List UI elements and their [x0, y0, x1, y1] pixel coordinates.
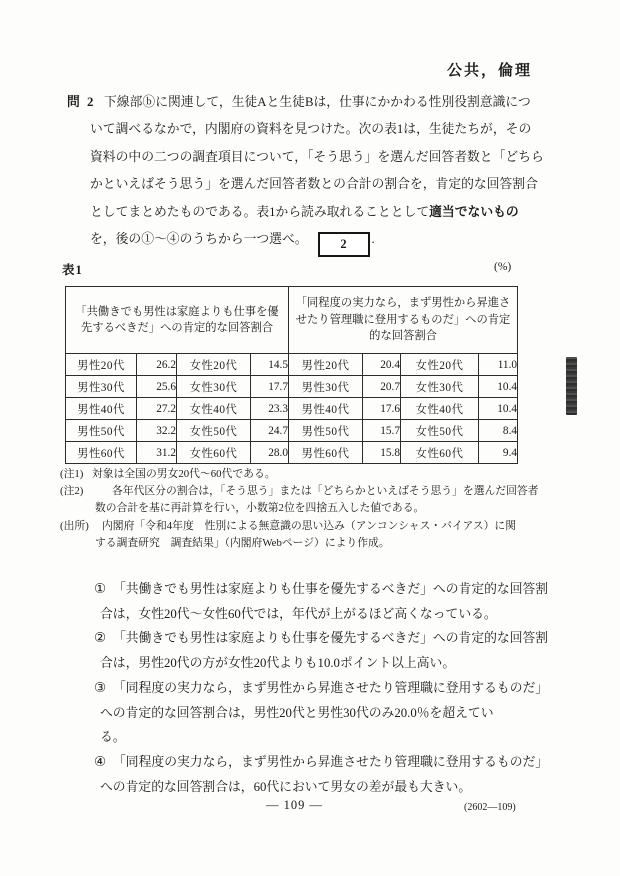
table-label: 表1 — [62, 260, 83, 278]
category-cell: 男性50代 — [289, 420, 363, 442]
option-line: 合は，女性20代～女性60代では，年代が上がるほど高くなっている。 — [100, 602, 550, 627]
value-cell: 11.0 — [479, 354, 518, 376]
category-cell: 女性60代 — [401, 442, 479, 464]
question-number-label: 問 2 — [67, 89, 95, 116]
category-cell: 女性30代 — [177, 376, 251, 398]
exam-page: 公共，倫理 問 2 下線部ⓑに関連して，生徒Aと生徒Bは，仕事にかかわる性別役割… — [0, 0, 620, 876]
option-number: ④ — [94, 750, 106, 775]
page-title: 公共，倫理 — [447, 59, 532, 80]
note-label: (注1) — [60, 466, 83, 483]
value-cell: 8.4 — [479, 420, 518, 442]
option-line: 「同程度の実力なら，まず男性から昇進させたり管理職に登用するものだ」 — [100, 750, 550, 775]
question-last-line: を，後の①～④のうちから一つ選べ。2. — [90, 226, 550, 257]
value-cell: 23.3 — [251, 398, 289, 420]
question-text-line: かといえばそう思う」を選んだ回答者数との合計の割合を，肯定的な回答割合 — [90, 171, 550, 198]
table-row: 男性40代 27.2 女性40代 23.3 男性40代 17.6 女性40代 1… — [66, 398, 518, 420]
value-cell: 17.7 — [251, 376, 289, 398]
emphasis-text: 適当でないもの — [429, 205, 519, 219]
source-line-text: する調査研究 調査結果」（内閣府Webページ）により作成。 — [95, 537, 390, 549]
option-number: ② — [94, 626, 106, 651]
option-item-2: ② 「共働きでも男性は家庭よりも仕事を優先するべきだ」への肯定的な回答割 合は，… — [100, 626, 550, 675]
value-cell: 31.2 — [137, 442, 177, 464]
option-item-3: ③ 「同程度の実力なら，まず男性から昇進させたり管理職に登用するものだ」 への肯… — [100, 676, 550, 750]
value-cell: 24.7 — [251, 420, 289, 442]
value-cell: 20.4 — [363, 354, 401, 376]
source-label: (出所) — [60, 518, 89, 535]
source-continuation: する調査研究 調査結果」（内閣府Webページ）により作成。 — [60, 535, 560, 552]
note-row: (注1)対象は全国の男女20代～60代である。 — [60, 466, 560, 483]
question-text-line: 資料の中の二つの調査項目について，「そう思う」を選んだ回答者数と「どちら — [90, 144, 550, 171]
category-cell: 男性20代 — [289, 354, 363, 376]
value-cell: 14.5 — [251, 354, 289, 376]
value-cell: 15.7 — [363, 420, 401, 442]
table-row: 男性30代 25.6 女性30代 17.7 男性30代 20.7 女性30代 1… — [66, 376, 518, 398]
option-line: への肯定的な回答割合は，60代において男女の差が最も大きい。 — [100, 775, 550, 800]
category-cell: 男性60代 — [66, 442, 137, 464]
value-cell: 10.4 — [479, 376, 518, 398]
question-text-segment: としてまとめたものである。表1から読み取れることとして — [90, 205, 429, 219]
value-cell: 27.2 — [137, 398, 177, 420]
option-line: 「共働きでも男性は家庭よりも仕事を優先するべきだ」への肯定的な回答割 — [100, 577, 550, 602]
value-cell: 10.4 — [479, 398, 518, 420]
category-cell: 男性20代 — [66, 354, 137, 376]
category-cell: 男性60代 — [289, 442, 363, 464]
notes-block: (注1)対象は全国の男女20代～60代である。 (注2)各年代区分の割合は，「そ… — [60, 466, 560, 552]
option-line: 「共働きでも男性は家庭よりも仕事を優先するべきだ」への肯定的な回答割 — [100, 626, 550, 651]
question-text-segment: を，後の①～④のうちから一つ選べ。 — [90, 232, 308, 246]
category-cell: 女性50代 — [401, 420, 479, 442]
category-cell: 男性50代 — [66, 420, 137, 442]
answer-number-box: 2 — [318, 232, 370, 257]
category-cell: 女性60代 — [177, 442, 251, 464]
value-cell: 9.4 — [479, 442, 518, 464]
answer-box-suffix: . — [372, 232, 375, 246]
option-number: ① — [94, 577, 106, 602]
answer-options-block: ① 「共働きでも男性は家庭よりも仕事を優先するべきだ」への肯定的な回答割 合は，… — [100, 577, 550, 799]
table-header-row: 「共働きでも男性は家庭よりも仕事を優先するべきだ」への肯定的な回答割合 「同程度… — [66, 287, 518, 354]
table-header-right: 「同程度の実力なら，まず男性から昇進させたり管理職に登用するものだ」への肯定的な… — [289, 287, 518, 354]
table-row: 男性50代 32.2 女性50代 24.7 男性50代 15.7 女性50代 8… — [66, 420, 518, 442]
category-cell: 女性50代 — [177, 420, 251, 442]
edge-mark — [566, 357, 577, 415]
option-item-1: ① 「共働きでも男性は家庭よりも仕事を優先するべきだ」への肯定的な回答割 合は，… — [100, 577, 550, 626]
note-continuation: 数の合計を基に再計算を行い，小数第2位を四捨五入した値である。 — [60, 500, 560, 517]
option-item-4: ④ 「同程度の実力なら，まず男性から昇進させたり管理職に登用するものだ」 への肯… — [100, 750, 550, 799]
option-line: る。 — [100, 725, 550, 750]
table-row: 男性60代 31.2 女性60代 28.0 男性60代 15.8 女性60代 9… — [66, 442, 518, 464]
option-line: 合は，男性20代の方が女性20代よりも10.0ポイント以上高い。 — [100, 651, 550, 676]
category-cell: 女性40代 — [401, 398, 479, 420]
category-cell: 女性30代 — [401, 376, 479, 398]
value-cell: 28.0 — [251, 442, 289, 464]
source-line-text: 内閣府「令和4年度 性別による無意識の思い込み（アンコンシャス・バイアス）に関 — [102, 520, 516, 532]
table-header-left: 「共働きでも男性は家庭よりも仕事を優先するべきだ」への肯定的な回答割合 — [66, 287, 289, 354]
note-row: (注2)各年代区分の割合は，「そう思う」または「どちらかといえばそう思う」を選ん… — [60, 483, 560, 500]
value-cell: 20.7 — [363, 376, 401, 398]
percent-unit-label: (%) — [494, 261, 511, 273]
value-cell: 26.2 — [137, 354, 177, 376]
option-line: 「同程度の実力なら，まず男性から昇進させたり管理職に登用するものだ」 — [100, 676, 550, 701]
option-line: への肯定的な回答割合は，男性20代と男性30代のみ20.0％を超えてい — [100, 701, 550, 726]
table-row: 男性20代 26.2 女性20代 14.5 男性20代 20.4 女性20代 1… — [66, 354, 518, 376]
value-cell: 25.6 — [137, 376, 177, 398]
category-cell: 男性30代 — [66, 376, 137, 398]
note-line-text: 数の合計を基に再計算を行い，小数第2位を四捨五入した値である。 — [95, 502, 424, 514]
note-line-text: 対象は全国の男女20代～60代である。 — [92, 468, 276, 480]
document-code: (2602—109) — [464, 802, 516, 813]
category-cell: 男性30代 — [289, 376, 363, 398]
page-number: — 109 — — [266, 798, 323, 813]
value-cell: 15.8 — [363, 442, 401, 464]
category-cell: 男性40代 — [66, 398, 137, 420]
option-number: ③ — [94, 676, 106, 701]
source-row: (出所)内閣府「令和4年度 性別による無意識の思い込み（アンコンシャス・バイアス… — [60, 518, 560, 535]
value-cell: 17.6 — [363, 398, 401, 420]
category-cell: 女性20代 — [177, 354, 251, 376]
question-text-line: いて調べるなかで，内閣府の資料を見つけた。次の表1は，生徒たちが，その — [90, 116, 550, 143]
category-cell: 男性40代 — [289, 398, 363, 420]
category-cell: 女性20代 — [401, 354, 479, 376]
question-text-line: としてまとめたものである。表1から読み取れることとして適当でないもの — [90, 199, 550, 226]
note-line-text: 各年代区分の割合は，「そう思う」または「どちらかといえばそう思う」を選んだ回答者 — [112, 485, 538, 497]
category-cell: 女性40代 — [177, 398, 251, 420]
note-label: (注2) — [60, 483, 83, 500]
question-text-line: 下線部ⓑに関連して，生徒Aと生徒Bは，仕事にかかわる性別役割意識につ — [90, 89, 550, 116]
value-cell: 32.2 — [137, 420, 177, 442]
question-block: 問 2 下線部ⓑに関連して，生徒Aと生徒Bは，仕事にかかわる性別役割意識につ い… — [90, 89, 550, 257]
survey-data-table: 「共働きでも男性は家庭よりも仕事を優先するべきだ」への肯定的な回答割合 「同程度… — [65, 286, 518, 464]
